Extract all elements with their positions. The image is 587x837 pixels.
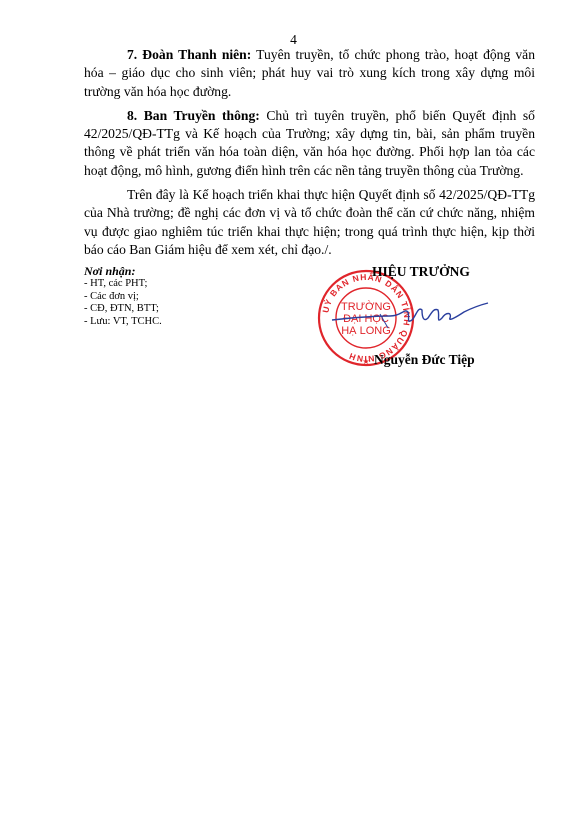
signer-name: Nguyễn Đức Tiệp <box>374 352 475 368</box>
recipient-item: - Lưu: VT, TCHC. <box>84 316 162 329</box>
signature-block: UỶ BAN NHÂN DÂN TỈNH QUẢNG NINH TRƯỜNG Đ… <box>312 258 512 378</box>
paragraph-doan-thanh-nien: 7. Đoàn Thanh niên: Tuyên truyền, tổ chứ… <box>84 46 535 101</box>
recipient-item: - HT, các PHT; <box>84 278 162 291</box>
document-body: 7. Đoàn Thanh niên: Tuyên truyền, tổ chứ… <box>84 46 535 265</box>
recipients-title: Nơi nhận: <box>84 264 162 278</box>
paragraph-text: Trên đây là Kế hoạch triển khai thực hiệ… <box>84 187 535 257</box>
handwritten-signature-icon <box>330 294 490 334</box>
paragraph-closing: Trên đây là Kế hoạch triển khai thực hiệ… <box>84 186 535 259</box>
signer-title: HIỆU TRƯỞNG <box>372 264 470 280</box>
svg-text:★: ★ <box>362 357 369 366</box>
recipient-item: - Các đơn vị; <box>84 291 162 304</box>
paragraph-heading: 7. Đoàn Thanh niên: <box>127 47 251 62</box>
recipients-block: Nơi nhận: - HT, các PHT; - Các đơn vị; -… <box>84 264 162 328</box>
paragraph-ban-truyen-thong: 8. Ban Truyền thông: Chủ trì tuyên truyề… <box>84 107 535 180</box>
paragraph-heading: 8. Ban Truyền thông: <box>127 108 260 123</box>
recipient-item: - CĐ, ĐTN, BTT; <box>84 303 162 316</box>
